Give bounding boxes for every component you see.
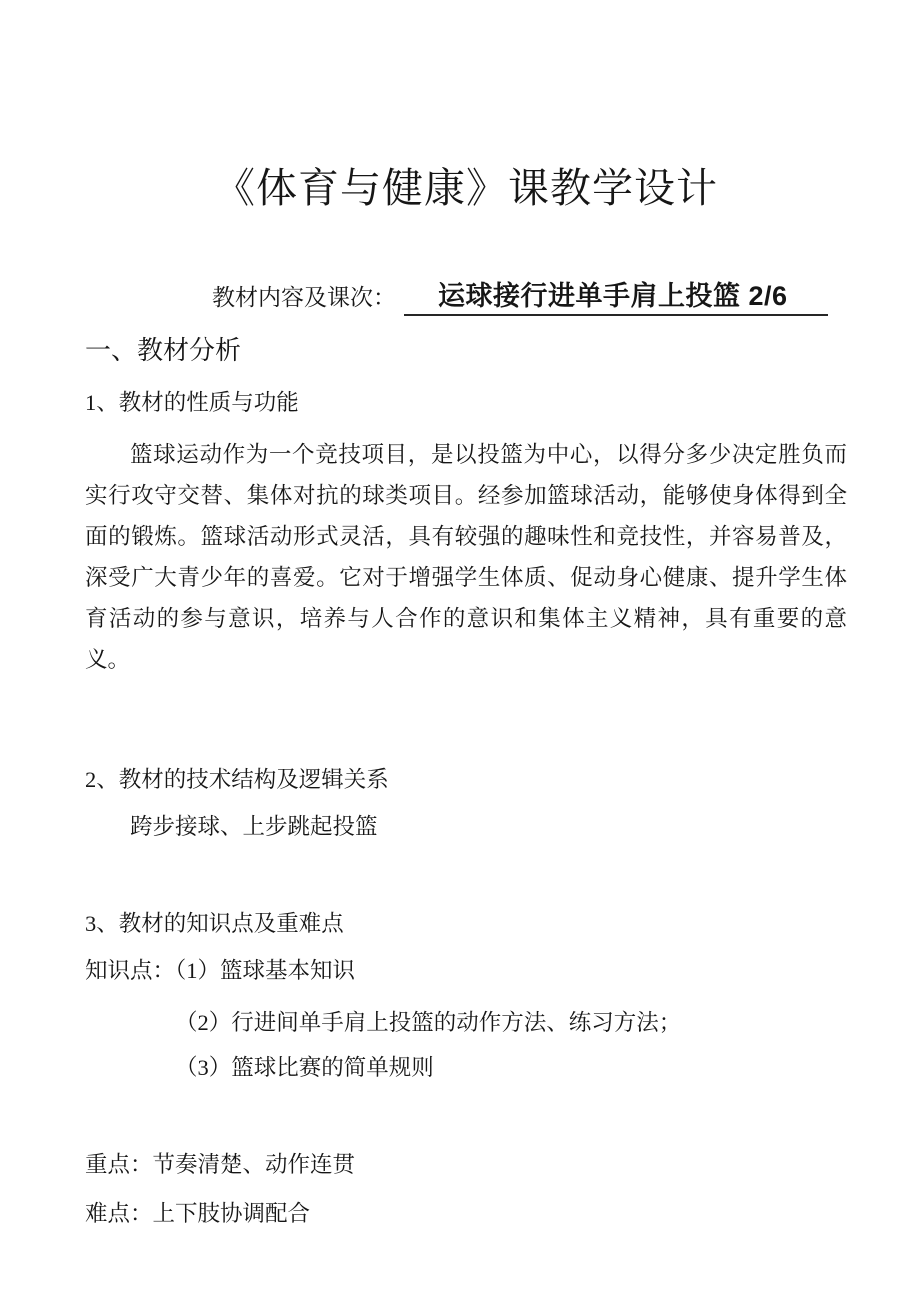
page-title: 《体育与健康》课教学设计 <box>85 0 847 214</box>
document-content: 《体育与健康》课教学设计 教材内容及课次：运球接行进单手肩上投篮 2/6 一、教… <box>0 0 920 1229</box>
section-1-heading: 一、教材分析 <box>85 334 847 368</box>
knowledge-label: 知识点： <box>85 958 175 983</box>
course-line: 教材内容及课次：运球接行进单手肩上投篮 2/6 <box>212 281 847 316</box>
subsection-1-paragraph: 篮球运动作为一个竞技项目，是以投篮为中心，以得分多少决定胜负而实行攻守交替、集体… <box>85 434 847 680</box>
knowledge-point-3: （3）篮球比赛的简单规则 <box>175 1053 847 1083</box>
subsection-2-heading: 2、教材的技术结构及逻辑关系 <box>85 765 847 795</box>
difficulty-point-line: 难点：上下肢协调配合 <box>85 1199 847 1229</box>
knowledge-point-2: （2）行进间单手肩上投篮的动作方法、练习方法； <box>175 1008 847 1038</box>
key-point-line: 重点：节奏清楚、动作连贯 <box>85 1150 847 1180</box>
knowledge-point-line-1: 知识点：（1）篮球基本知识 <box>85 956 847 986</box>
subsection-3-heading: 3、教材的知识点及重难点 <box>85 909 847 939</box>
course-label: 教材内容及课次： <box>212 285 396 310</box>
document-page: 《体育与健康》课教学设计 教材内容及课次：运球接行进单手肩上投篮 2/6 一、教… <box>0 0 920 1302</box>
subsection-1-heading: 1、教材的性质与功能 <box>85 388 847 418</box>
subsection-2-content: 跨步接球、上步跳起投篮 <box>130 812 847 842</box>
course-value-underlined: 运球接行进单手肩上投篮 2/6 <box>404 281 828 316</box>
knowledge-point-1: （1）篮球基本知识 <box>175 958 355 983</box>
